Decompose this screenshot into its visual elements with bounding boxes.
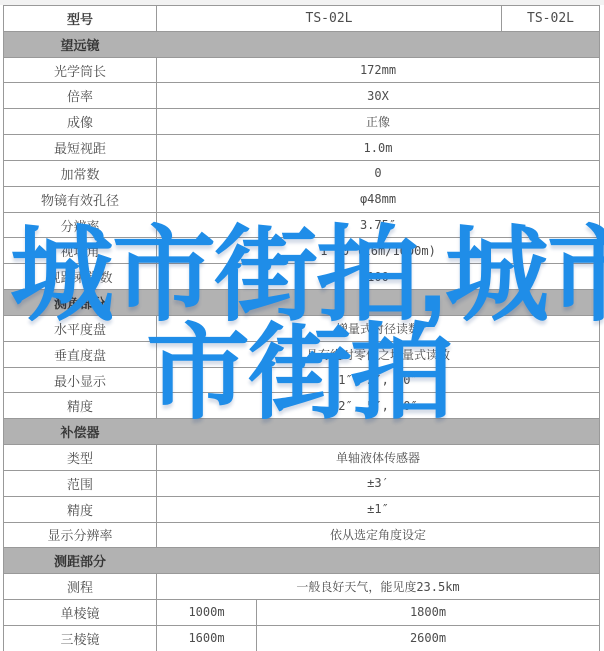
- row-label: 加常数: [4, 161, 156, 186]
- row-value: 1″, 5″, 10″: [156, 368, 599, 393]
- row-value: 30X: [156, 83, 599, 108]
- row-label: 视场角: [4, 238, 156, 263]
- table-row: 垂直度盘 具有绝对零位之增量式读数: [4, 342, 599, 368]
- row-label: 精度: [4, 497, 156, 522]
- table-row: 类型 单轴液体传感器: [4, 445, 599, 471]
- row-value: 1.0m: [156, 135, 599, 160]
- table-row: 测程 一般良好天气，能见度23.5km: [4, 574, 599, 600]
- table-row-model: 型号 TS-02L TS-02L: [4, 6, 599, 32]
- section-header-compensator: 补偿器: [4, 419, 599, 445]
- table-row: 视距乘常数 100: [4, 264, 599, 290]
- row-value: 2″, 5″, 10″: [156, 393, 599, 418]
- row-value-1: 1000m: [156, 600, 256, 625]
- row-value: φ48mm: [156, 187, 599, 212]
- table-row: 倍率 30X: [4, 83, 599, 109]
- row-value: ±1″: [156, 497, 599, 522]
- table-row: 显示分辨率 依从选定角度设定: [4, 523, 599, 549]
- table-row: 物镜有效孔径 φ48mm: [4, 187, 599, 213]
- row-value: 172mm: [156, 58, 599, 83]
- table-row: 水平度盘 增量式对径读数: [4, 316, 599, 342]
- table-row: 精度 ±1″: [4, 497, 599, 523]
- row-label: 显示分辨率: [4, 523, 156, 548]
- section-title: 测角部分: [4, 290, 156, 315]
- section-header-telescope: 望远镜: [4, 32, 599, 58]
- row-value: 一般良好天气，能见度23.5km: [156, 574, 599, 599]
- table-row: 光学筒长 172mm: [4, 58, 599, 84]
- row-value: 1°30′(26m/1000m): [156, 238, 599, 263]
- row-value: 正像: [156, 109, 599, 134]
- row-label: 成像: [4, 109, 156, 134]
- section-title: 望远镜: [4, 32, 156, 57]
- model-label: 型号: [4, 6, 156, 31]
- row-label: 精度: [4, 393, 156, 418]
- row-label: 视距乘常数: [4, 264, 156, 289]
- section-title: 补偿器: [4, 419, 156, 444]
- row-label: 光学筒长: [4, 58, 156, 83]
- table-row: 范围 ±3′: [4, 471, 599, 497]
- row-label: 分辨率: [4, 213, 156, 238]
- table-row: 精度 2″, 5″, 10″: [4, 393, 599, 419]
- row-label: 三棱镜: [4, 626, 156, 651]
- row-value: 0: [156, 161, 599, 186]
- row-label: 最短视距: [4, 135, 156, 160]
- row-label: 单棱镜: [4, 600, 156, 625]
- row-label: 范围: [4, 471, 156, 496]
- section-title: 测距部分: [4, 548, 156, 573]
- row-value-2: 2600m: [256, 626, 599, 651]
- row-label: 最小显示: [4, 368, 156, 393]
- table-row: 分辨率 3.75″: [4, 213, 599, 239]
- row-value-1: 1600m: [156, 626, 256, 651]
- row-value: 单轴液体传感器: [156, 445, 599, 470]
- spec-table: 型号 TS-02L TS-02L 望远镜 光学筒长 172mm 倍率 30X 成…: [3, 5, 600, 651]
- row-label: 倍率: [4, 83, 156, 108]
- section-header-angle: 测角部分: [4, 290, 599, 316]
- model-value-2: TS-02L: [501, 6, 599, 31]
- row-value: 100: [156, 264, 599, 289]
- table-row-prism-single: 单棱镜 1000m 1800m: [4, 600, 599, 626]
- row-value: ±3′: [156, 471, 599, 496]
- model-value-1: TS-02L: [156, 6, 501, 31]
- row-label: 物镜有效孔径: [4, 187, 156, 212]
- row-label: 类型: [4, 445, 156, 470]
- section-header-distance: 测距部分: [4, 548, 599, 574]
- row-value: 具有绝对零位之增量式读数: [156, 342, 599, 367]
- row-label: 水平度盘: [4, 316, 156, 341]
- row-value: 增量式对径读数: [156, 316, 599, 341]
- table-row: 加常数 0: [4, 161, 599, 187]
- table-row: 最短视距 1.0m: [4, 135, 599, 161]
- row-value: 依从选定角度设定: [156, 523, 599, 548]
- row-value-2: 1800m: [256, 600, 599, 625]
- table-row: 视场角 1°30′(26m/1000m): [4, 238, 599, 264]
- row-label: 垂直度盘: [4, 342, 156, 367]
- row-value: 3.75″: [156, 213, 599, 238]
- table-row: 最小显示 1″, 5″, 10″: [4, 368, 599, 394]
- table-row-prism-triple: 三棱镜 1600m 2600m: [4, 626, 599, 651]
- table-row: 成像 正像: [4, 109, 599, 135]
- row-label: 测程: [4, 574, 156, 599]
